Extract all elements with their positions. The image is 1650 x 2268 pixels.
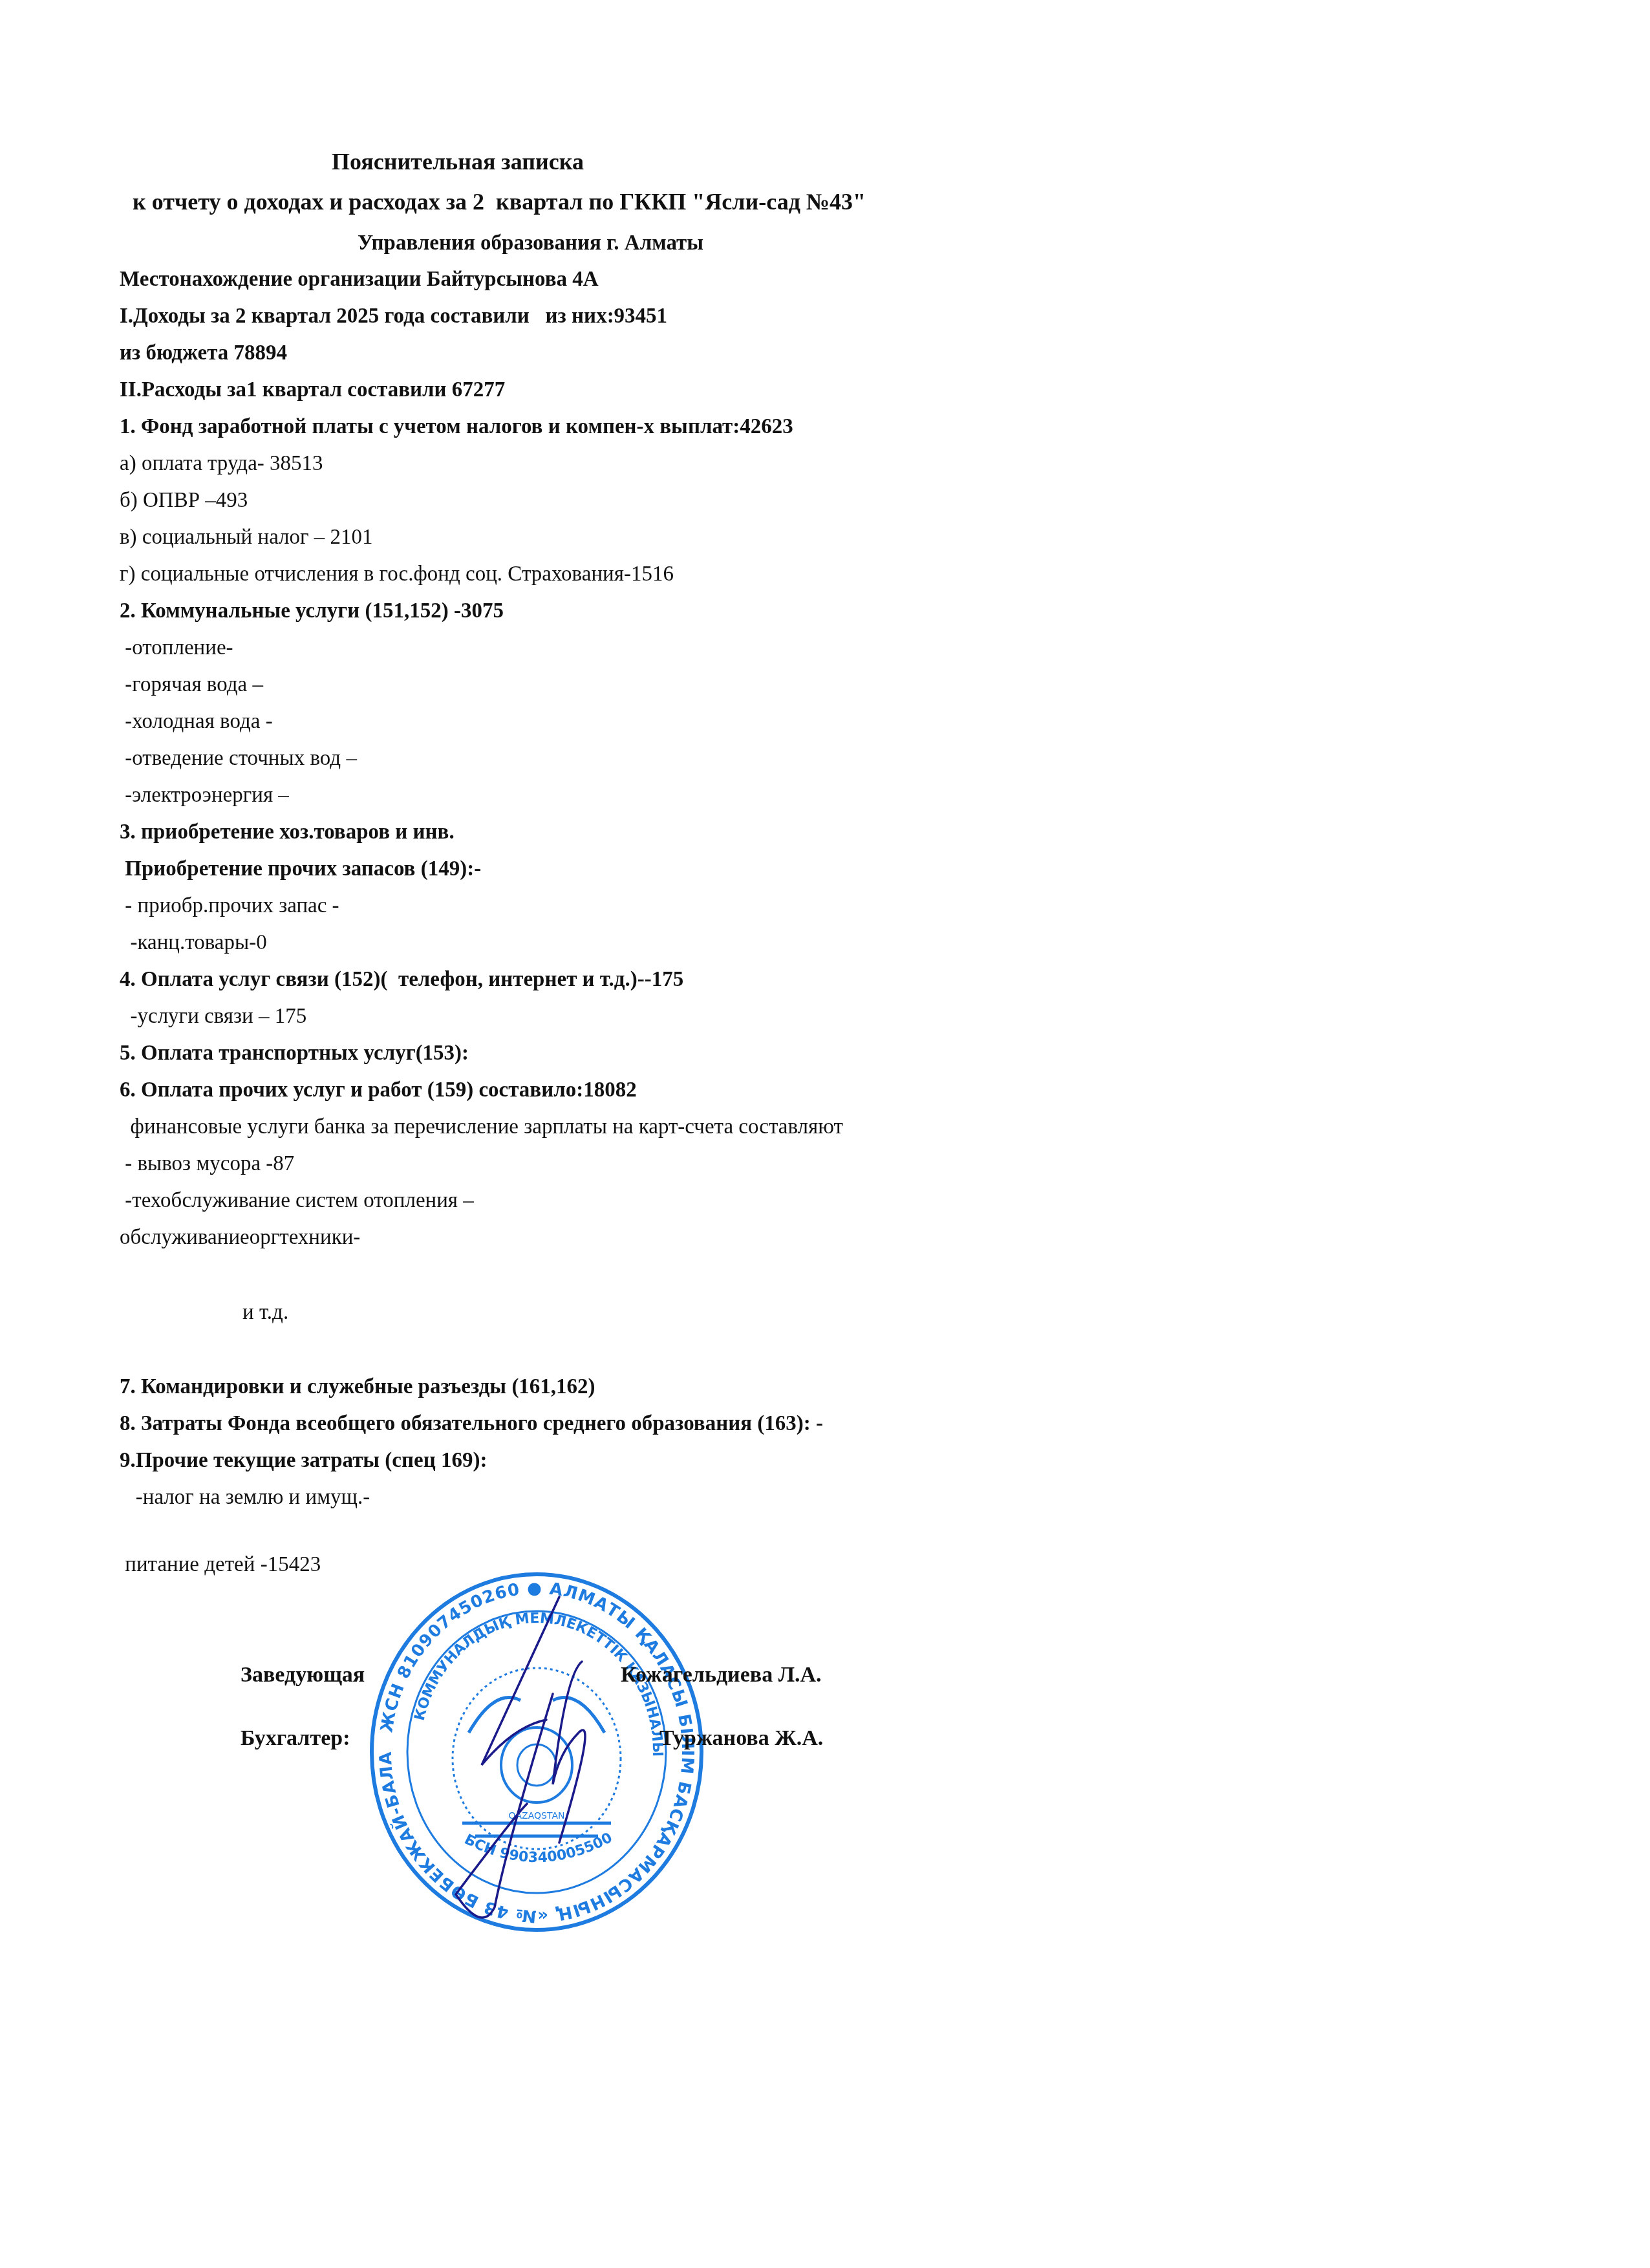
expenses-line: II.Расходы за1 квартал составили 67277: [120, 377, 505, 403]
expense-line: Приобретение прочих запасов (149):-: [120, 856, 481, 882]
expense-line: -техобслуживание систем отопления –: [120, 1188, 474, 1214]
expense-line: -налог на землю и имущ.-: [120, 1484, 370, 1510]
expense-line: - вывоз мусора -87: [120, 1151, 294, 1177]
food-line: питание детей -15423: [120, 1552, 321, 1578]
expense-line: -отведение сточных вод –: [120, 745, 357, 771]
document-subtitle: к отчету о доходах и расходах за 2 кварт…: [133, 189, 866, 215]
expense-line: г) социальные отчисления в гос.фонд соц.…: [120, 561, 674, 587]
expense-line: 3. приобретение хоз.товаров и инв.: [120, 819, 455, 845]
expense-line: -канц.товары-0: [120, 930, 267, 956]
expense-line: финансовые услуги банка за перечисление …: [120, 1114, 843, 1140]
expense-line: 6. Оплата прочих услуг и работ (159) сос…: [120, 1077, 637, 1103]
expense-line: -горячая вода –: [120, 672, 263, 698]
expense-line: -отопление-: [120, 635, 233, 661]
income-line: I.Доходы за 2 квартал 2025 года составил…: [120, 303, 667, 329]
expense-line: -электроэнергия –: [120, 782, 289, 808]
expense-line: а) оплата труда- 38513: [120, 451, 323, 476]
expense-line: в) социальный налог – 2101: [120, 524, 373, 550]
expense-line: -услуги связи – 175: [120, 1003, 306, 1029]
document-title: Пояснительная записка: [332, 149, 584, 175]
department: Управления образования г. Алматы: [358, 230, 703, 256]
document-page: Пояснительная записка к отчету о доходах…: [0, 0, 1650, 2268]
accountant-role: Бухгалтер:: [241, 1726, 350, 1751]
expense-line: б) ОПВР –493: [120, 487, 248, 513]
budget-line: из бюджета 78894: [120, 340, 287, 366]
expense-line: 1. Фонд заработной платы с учетом налого…: [120, 414, 793, 440]
official-stamp: ЖСН 810907450260 ● АЛМАТЫ ҚАЛАСЫ БІЛІМ Б…: [365, 1571, 708, 1933]
etc-line: и т.д.: [242, 1300, 288, 1325]
expense-line: - приобр.прочих запас -: [120, 893, 339, 919]
expense-line: 9.Прочие текущие затраты (спец 169):: [120, 1448, 487, 1473]
head-name: Кожагельдиева Л.А.: [621, 1663, 822, 1687]
expense-line: 4. Оплата услуг связи (152)( телефон, ин…: [120, 967, 683, 992]
accountant-name: Туржанова Ж.А.: [659, 1726, 823, 1751]
expense-line: 7. Командировки и служебные разъезды (16…: [120, 1374, 595, 1400]
expense-line: 2. Коммунальные услуги (151,152) -3075: [120, 598, 504, 624]
head-role: Заведующая: [241, 1663, 365, 1687]
expense-line: -холодная вода -: [120, 709, 273, 734]
expense-line: обслуживаниеоргтехники-: [120, 1225, 360, 1250]
location-line: Местонахождение организации Байтурсынова…: [120, 266, 599, 292]
expense-line: 8. Затраты Фонда всеобщего обязательного…: [120, 1411, 823, 1437]
expense-line: 5. Оплата транспортных услуг(153):: [120, 1040, 469, 1066]
